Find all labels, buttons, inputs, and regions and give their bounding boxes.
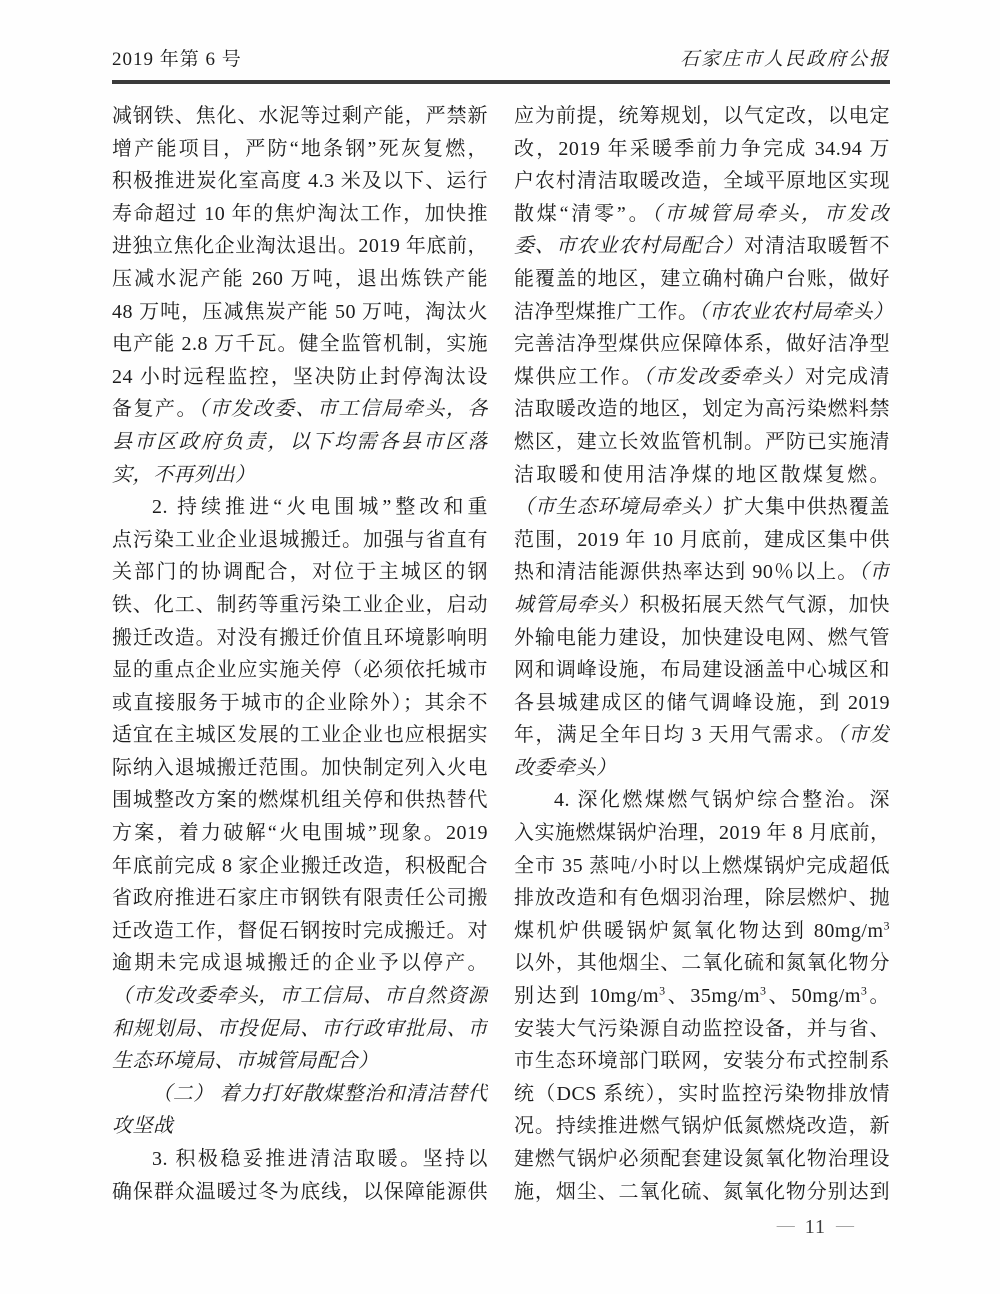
text-segment: 范围，2019 年 10 月底前，建成区集中供	[514, 529, 890, 551]
text-line: 热和清洁能源供热率达到 90％以上。（市	[514, 556, 890, 589]
text-segment-kai: （市发改委、市工信局牵头，各	[198, 398, 488, 420]
text-segment: 外输电能力建设，加快建设电网、燃气管	[514, 627, 890, 649]
left-column: 减钢铁、焦化、水泥等过剩产能，严禁新增产能项目，严防“地条钢”死灰复燃，积极推进…	[112, 100, 488, 1208]
text-segment: 散煤“清零”。	[514, 203, 651, 225]
text-segment: 各县城建成区的储气调峰设施，到 2019	[514, 692, 890, 714]
text-segment: 围城整改方案的燃煤机组关停和供热替代	[112, 789, 488, 811]
text-segment: 网和调峰设施，布局建设涵盖中心城区和	[514, 659, 890, 681]
text-segment: 或直接服务于城市的企业除外）；其余不	[112, 692, 488, 714]
text-segment: 全市 35 蒸吨/小时以上燃煤锅炉完成超低	[514, 855, 890, 877]
text-segment-kai: （市发	[837, 724, 890, 746]
text-segment: 2. 持续推进“火电围城”整改和重	[152, 496, 488, 518]
text-segment: 统（DCS 系统），实时监控污染物排放情	[514, 1083, 890, 1105]
text-line: 范围，2019 年 10 月底前，建成区集中供	[514, 524, 890, 557]
text-segment: 市生态环境部门联网，安装分布式控制系	[514, 1050, 890, 1072]
text-segment: 方案，着力破解“火电围城”现象。2019	[112, 822, 488, 844]
text-line: 各县城建成区的储气调峰设施，到 2019	[514, 687, 890, 720]
text-segment: 施，烟尘、二氧化硫、氮氧化物分别达到	[514, 1181, 890, 1203]
text-segment: 增产能项目，严防“地条钢”死灰复燃，	[112, 138, 488, 160]
text-line: 24 小时远程监控，坚决防止封停淘汰设	[112, 361, 488, 394]
text-segment: 逾期未完成退城搬迁的企业予以停产。	[112, 952, 488, 974]
text-line: 外输电能力建设，加快建设电网、燃气管	[514, 622, 890, 655]
text-segment-kai: 生态环境局、市城管局配合）	[112, 1050, 379, 1072]
text-line: 压减水泥产能 260 万吨，退出炼铁产能	[112, 263, 488, 296]
text-line: 关部门的协调配合，对位于主城区的钢	[112, 556, 488, 589]
text-line: 入实施燃煤锅炉治理，2019 年 8 月底前，	[514, 817, 890, 850]
text-line: 年，满足全年日均 3 天用气需求。（市发	[514, 719, 890, 752]
text-line: 积极推进炭化室高度 4.3 米及以下、运行	[112, 165, 488, 198]
text-segment: 确保群众温暖过冬为底线，以保障能源供	[112, 1181, 488, 1203]
text-segment: 24 小时远程监控，坚决防止封停淘汰设	[112, 366, 488, 388]
text-segment: 点污染工业企业退城搬迁。加强与省直有	[112, 529, 488, 551]
text-line: 确保群众温暖过冬为底线，以保障能源供	[112, 1176, 488, 1209]
text-segment: 、35mg/m	[666, 985, 760, 1007]
text-line: 减钢铁、焦化、水泥等过剩产能，严禁新	[112, 100, 488, 133]
text-segment: 关部门的协调配合，对位于主城区的钢	[112, 561, 488, 583]
text-line: 围城整改方案的燃煤机组关停和供热替代	[112, 784, 488, 817]
text-line: 生态环境局、市城管局配合）	[112, 1045, 488, 1078]
text-line: 洁取暖改造的地区，划定为高污染燃料禁	[514, 393, 890, 426]
text-line: 施，烟尘、二氧化硫、氮氧化物分别达到	[514, 1176, 890, 1209]
text-segment: 年，满足全年日均 3 天用气需求。	[514, 724, 837, 746]
text-line: 备复产。（市发改委、市工信局牵头，各	[112, 393, 488, 426]
text-segment: 铁、化工、制药等重污染工业企业，启动	[112, 594, 488, 616]
text-line: 城管局牵头）积极拓展天然气气源，加快	[514, 589, 890, 622]
text-line: 铁、化工、制药等重污染工业企业，启动	[112, 589, 488, 622]
text-segment: 煤供应工作。	[514, 366, 643, 388]
text-segment: 入实施燃煤锅炉治理，2019 年 8 月底前，	[514, 822, 890, 844]
text-line: （市生态环境局牵头）扩大集中供热覆盖	[514, 491, 890, 524]
text-line: 全市 35 蒸吨/小时以上燃煤锅炉完成超低	[514, 850, 890, 883]
text-segment-kai: （市发改委牵头）	[643, 366, 805, 388]
text-segment-kai: 县市区政府负责，以下均需各县市区落	[112, 431, 488, 453]
text-segment: 户农村清洁取暖改造，全域平原地区实现	[514, 170, 890, 192]
text-line: 散煤“清零”。（市城管局牵头，市发改	[514, 198, 890, 231]
gazette-title: 石家庄市人民政府公报	[680, 48, 890, 72]
text-line: 搬迁改造。对没有搬迁价值且环境影响明	[112, 622, 488, 655]
text-line: 能覆盖的地区，建立确村确户台账，做好	[514, 263, 890, 296]
text-segment: 4. 深化燃煤燃气锅炉综合整治。深	[554, 789, 890, 811]
text-line: 市生态环境部门联网，安装分布式控制系	[514, 1045, 890, 1078]
page-number: 11	[805, 1216, 826, 1238]
superscript: 3	[884, 918, 891, 932]
text-line: 洁取暖和使用洁净煤的地区散煤复燃。	[514, 459, 890, 492]
text-segment: 3. 积极稳妥推进清洁取暖。坚持以	[152, 1148, 488, 1170]
text-segment: 备复产。	[112, 398, 198, 420]
text-segment-kai: 和规划局、市投促局、市行政审批局、市	[112, 1018, 488, 1040]
text-segment: 洁净型煤推广工作。	[514, 301, 699, 323]
text-segment: 迁改造工作，督促石钢按时完成搬迁。对	[112, 920, 488, 942]
page-header: 2019 年第 6 号 石家庄市人民政府公报	[112, 48, 890, 72]
text-line: 2. 持续推进“火电围城”整改和重	[112, 491, 488, 524]
text-line: 统（DCS 系统），实时监控污染物排放情	[514, 1078, 890, 1111]
text-segment: 建燃气锅炉必须配套建设氮氧化物治理设	[514, 1148, 890, 1170]
text-segment: 显的重点企业应实施关停（必须依托城市	[112, 659, 488, 681]
text-line: 完善洁净型煤供应保障体系，做好洁净型	[514, 328, 890, 361]
text-segment: 对清洁取暖暂不	[744, 235, 890, 257]
text-segment: 积极拓展天然气气源，加快	[639, 594, 890, 616]
text-segment: 别达到 10mg/m	[514, 985, 659, 1007]
text-segment-kai: （市农业农村局牵头）	[699, 301, 891, 323]
text-line: 洁净型煤推广工作。（市农业农村局牵头）	[514, 296, 890, 329]
text-segment: 电产能 2.8 万千瓦。健全监管机制，实施	[112, 333, 488, 355]
text-segment-kai: 实，不再列出）	[112, 464, 256, 486]
text-segment-kai: （市发改委牵头，市工信局、市自然资源	[112, 985, 488, 1007]
text-segment: 、50mg/m	[767, 985, 861, 1007]
text-line: 县市区政府负责，以下均需各县市区落	[112, 426, 488, 459]
text-segment: 寿命超过 10 年的焦炉淘汰工作，加快推	[112, 203, 488, 225]
text-line: （二） 着力打好散煤整治和清洁替代	[112, 1078, 488, 1111]
text-line: 委、市农业农村局配合）对清洁取暖暂不	[514, 230, 890, 263]
text-segment: 压减水泥产能 260 万吨，退出炼铁产能	[112, 268, 488, 290]
text-segment: 积极推进炭化室高度 4.3 米及以下、运行	[112, 170, 488, 192]
text-segment: 际纳入退城搬迁范围。加快制定列入火电	[112, 757, 488, 779]
text-segment-kai: 改委牵头）	[514, 757, 617, 779]
text-segment: 搬迁改造。对没有搬迁价值且环境影响明	[112, 627, 488, 649]
text-segment-kai: （二） 着力打好散煤整治和清洁替代	[152, 1083, 488, 1105]
text-segment-kai: （市城管局牵头，市发改	[651, 203, 890, 225]
text-line: 以外，其他烟尘、二氧化硫和氮氧化物分	[514, 947, 890, 980]
text-segment: 排放改造和有色烟羽治理，除层燃炉、抛	[514, 887, 890, 909]
text-line: 户农村清洁取暖改造，全域平原地区实现	[514, 165, 890, 198]
text-line: 逾期未完成退城搬迁的企业予以停产。	[112, 947, 488, 980]
text-segment: 对完成清	[805, 366, 890, 388]
text-segment: 扩大集中供热覆盖	[723, 496, 890, 518]
text-line: 和规划局、市投促局、市行政审批局、市	[112, 1013, 488, 1046]
text-line: 3. 积极稳妥推进清洁取暖。坚持以	[112, 1143, 488, 1176]
text-line: 建燃气锅炉必须配套建设氮氧化物治理设	[514, 1143, 890, 1176]
text-segment: 进独立焦化企业淘汰退出。2019 年底前，	[112, 235, 488, 257]
text-segment: 省政府推进石家庄市钢铁有限责任公司搬	[112, 887, 488, 909]
text-line: 进独立焦化企业淘汰退出。2019 年底前，	[112, 230, 488, 263]
text-line: 煤供应工作。（市发改委牵头）对完成清	[514, 361, 890, 394]
text-segment: 应为前提，统筹规划，以气定改，以电定	[514, 105, 890, 127]
text-segment-kai: （市	[858, 561, 890, 583]
text-line: 改，2019 年采暖季前力争完成 34.94 万	[514, 133, 890, 166]
text-segment-kai: 城管局牵头）	[514, 594, 639, 616]
text-segment: 况。持续推进燃气锅炉低氮燃烧改造，新	[514, 1115, 890, 1137]
text-line: 际纳入退城搬迁范围。加快制定列入火电	[112, 752, 488, 785]
footer-dash-left: —	[777, 1215, 795, 1235]
text-segment: 安装大气污染源自动监控设备，并与省、	[514, 1018, 890, 1040]
text-line: 适宜在主城区发展的工业企业也应根据实	[112, 719, 488, 752]
text-line: 网和调峰设施，布局建设涵盖中心城区和	[514, 654, 890, 687]
right-column: 应为前提，统筹规划，以气定改，以电定改，2019 年采暖季前力争完成 34.94…	[514, 100, 890, 1208]
text-columns: 减钢铁、焦化、水泥等过剩产能，严禁新增产能项目，严防“地条钢”死灰复燃，积极推进…	[112, 100, 890, 1208]
text-segment: 48 万吨，压减焦炭产能 50 万吨，淘汰火	[112, 301, 488, 323]
text-line: 排放改造和有色烟羽治理，除层燃炉、抛	[514, 882, 890, 915]
footer-dash-right: —	[836, 1215, 854, 1235]
text-line: 应为前提，统筹规划，以气定改，以电定	[514, 100, 890, 133]
text-line: 方案，着力破解“火电围城”现象。2019	[112, 817, 488, 850]
text-line: 安装大气污染源自动监控设备，并与省、	[514, 1013, 890, 1046]
text-segment: 以外，其他烟尘、二氧化硫和氮氧化物分	[514, 952, 890, 974]
text-line: 寿命超过 10 年的焦炉淘汰工作，加快推	[112, 198, 488, 231]
text-segment: 燃区，建立长效监管机制。严防已实施清	[514, 431, 890, 453]
text-line: 别达到 10mg/m3、35mg/m3、50mg/m3。	[514, 980, 890, 1013]
gazette-page: 2019 年第 6 号 石家庄市人民政府公报 减钢铁、焦化、水泥等过剩产能，严禁…	[0, 0, 1000, 1294]
text-segment: 完善洁净型煤供应保障体系，做好洁净型	[514, 333, 890, 355]
text-segment: 洁取暖和使用洁净煤的地区散煤复燃。	[514, 464, 890, 486]
text-line: 年底前完成 8 家企业搬迁改造，积极配合	[112, 850, 488, 883]
text-segment-kai: （市生态环境局牵头）	[514, 496, 723, 518]
text-line: 改委牵头）	[514, 752, 890, 785]
text-line: 点污染工业企业退城搬迁。加强与省直有	[112, 524, 488, 557]
text-line: 迁改造工作，督促石钢按时完成搬迁。对	[112, 915, 488, 948]
text-segment: 减钢铁、焦化、水泥等过剩产能，严禁新	[112, 105, 488, 127]
page-footer: —11—	[112, 1216, 890, 1239]
header-rule	[112, 80, 890, 84]
text-segment-kai: 委、市农业农村局配合）	[514, 235, 744, 257]
text-line: 4. 深化燃煤燃气锅炉综合整治。深	[514, 784, 890, 817]
text-segment: 煤机炉供暖锅炉氮氧化物达到 80mg/m	[514, 920, 884, 942]
text-line: 省政府推进石家庄市钢铁有限责任公司搬	[112, 882, 488, 915]
text-line: 煤机炉供暖锅炉氮氧化物达到 80mg/m3	[514, 915, 890, 948]
text-segment: 能覆盖的地区，建立确村确户台账，做好	[514, 268, 890, 290]
text-line: 燃区，建立长效监管机制。严防已实施清	[514, 426, 890, 459]
text-line: 增产能项目，严防“地条钢”死灰复燃，	[112, 133, 488, 166]
text-segment: 改，2019 年采暖季前力争完成 34.94 万	[514, 138, 890, 160]
issue-number: 2019 年第 6 号	[112, 48, 242, 72]
text-segment: 热和清洁能源供热率达到 90％以上。	[514, 561, 858, 583]
text-segment: 。	[867, 985, 890, 1007]
text-line: （市发改委牵头，市工信局、市自然资源	[112, 980, 488, 1013]
text-segment: 洁取暖改造的地区，划定为高污染燃料禁	[514, 398, 890, 420]
text-line: 显的重点企业应实施关停（必须依托城市	[112, 654, 488, 687]
text-line: 攻坚战	[112, 1110, 488, 1143]
text-line: 实，不再列出）	[112, 459, 488, 492]
text-line: 电产能 2.8 万千瓦。健全监管机制，实施	[112, 328, 488, 361]
text-segment-kai: 攻坚战	[112, 1115, 174, 1137]
text-line: 48 万吨，压减焦炭产能 50 万吨，淘汰火	[112, 296, 488, 329]
text-segment: 年底前完成 8 家企业搬迁改造，积极配合	[112, 855, 488, 877]
text-line: 况。持续推进燃气锅炉低氮燃烧改造，新	[514, 1110, 890, 1143]
text-line: 或直接服务于城市的企业除外）；其余不	[112, 687, 488, 720]
text-segment: 适宜在主城区发展的工业企业也应根据实	[112, 724, 488, 746]
